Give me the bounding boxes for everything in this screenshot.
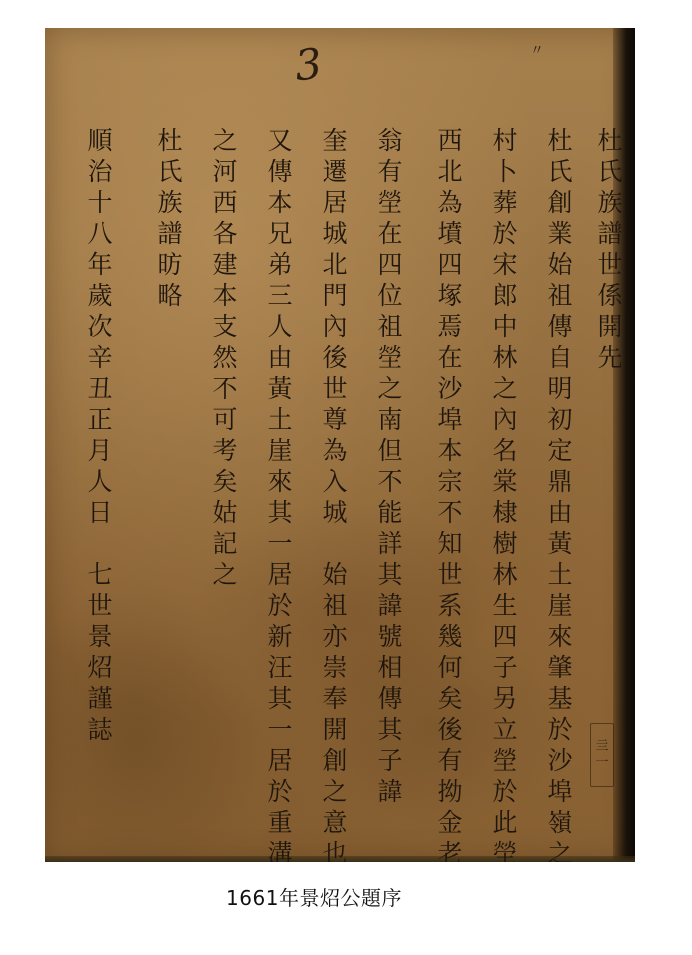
manuscript-character: 葬: [490, 187, 520, 218]
manuscript-character: 尊: [320, 404, 350, 435]
manuscript-character: 於: [490, 218, 520, 249]
manuscript-character: 後: [320, 342, 350, 373]
manuscript-character: 沙: [435, 373, 465, 404]
manuscript-character: 杜: [545, 125, 575, 156]
manuscript-character: 年: [85, 249, 115, 280]
manuscript-character: 氏: [545, 156, 575, 187]
manuscript-character: 郎: [490, 280, 520, 311]
text-column-subtitle: 杜氏族譜昉略: [155, 125, 185, 311]
manuscript-character: [320, 528, 350, 559]
manuscript-character: 來: [265, 466, 295, 497]
manuscript-character: 明: [545, 373, 575, 404]
manuscript-character: 奉: [320, 683, 350, 714]
manuscript-character: 其: [265, 497, 295, 528]
handwritten-page-number: 3: [293, 39, 325, 91]
manuscript-character: 嶺: [545, 807, 575, 838]
manuscript-character: 族: [155, 187, 185, 218]
margin-note-char: 亖: [595, 739, 608, 755]
manuscript-character: 此: [490, 807, 520, 838]
manuscript-character: 矣: [435, 683, 465, 714]
manuscript-character: 定: [545, 435, 575, 466]
manuscript-character: 北: [320, 249, 350, 280]
manuscript-character: 譜: [595, 218, 625, 249]
text-column-line7: 之河西各建本支然不可考矣姑記之: [210, 125, 240, 590]
manuscript-character: 杜: [155, 125, 185, 156]
manuscript-character: 基: [545, 683, 575, 714]
manuscript-character: 之: [545, 838, 575, 862]
manuscript-character: 建: [210, 249, 240, 280]
text-column-line2: 村卜葬於宋郎中林之內名棠棣樹林生四子另立塋於此塋之: [490, 125, 520, 862]
manuscript-character: 本: [265, 187, 295, 218]
manuscript-character: 有: [375, 156, 405, 187]
manuscript-character: 子: [490, 652, 520, 683]
manuscript-character: 居: [320, 187, 350, 218]
manuscript-character: 誌: [85, 714, 115, 745]
margin-note-char: 一: [595, 755, 608, 771]
manuscript-character: 氏: [155, 156, 185, 187]
manuscript-character: 北: [435, 156, 465, 187]
manuscript-character: 汪: [265, 652, 295, 683]
manuscript-character: 老: [435, 838, 465, 862]
manuscript-character: 弟: [265, 249, 295, 280]
manuscript-character: 傳: [265, 156, 295, 187]
manuscript-character: 塋: [490, 745, 520, 776]
manuscript-character: 開: [595, 311, 625, 342]
manuscript-character: 位: [375, 280, 405, 311]
manuscript-character: 埠: [435, 404, 465, 435]
manuscript-character: 西: [435, 125, 465, 156]
manuscript-character: 祖: [320, 590, 350, 621]
manuscript-character: 略: [155, 280, 185, 311]
manuscript-character: 城: [320, 497, 350, 528]
manuscript-character: 中: [490, 311, 520, 342]
manuscript-character: 兄: [265, 218, 295, 249]
manuscript-character: 諱: [375, 590, 405, 621]
manuscript-character: 肇: [545, 652, 575, 683]
manuscript-character: 墳: [435, 218, 465, 249]
manuscript-character: 諱: [375, 776, 405, 807]
manuscript-character: 新: [265, 621, 295, 652]
manuscript-character: 其: [265, 683, 295, 714]
manuscript-character: 世: [595, 249, 625, 280]
manuscript-character: 亦: [320, 621, 350, 652]
manuscript-character: 之: [375, 373, 405, 404]
manuscript-character: 業: [545, 218, 575, 249]
manuscript-character: 黃: [265, 373, 295, 404]
manuscript-character: 辛: [85, 342, 115, 373]
manuscript-character: 本: [435, 435, 465, 466]
manuscript-character: 何: [435, 652, 465, 683]
manuscript-character: 棣: [490, 497, 520, 528]
ink-tick-mark: 〃: [530, 40, 544, 60]
manuscript-character: 塋: [375, 342, 405, 373]
manuscript-character: 自: [545, 342, 575, 373]
manuscript-character: 河: [210, 156, 240, 187]
text-column-line1: 杜氏創業始祖傳自明初定鼎由黃土崖來肇基於沙埠嶺之: [545, 125, 575, 862]
manuscript-character: 重: [265, 807, 295, 838]
manuscript-character: 治: [85, 156, 115, 187]
manuscript-character: 居: [265, 745, 295, 776]
manuscript-character: 四: [490, 621, 520, 652]
manuscript-character: 之: [320, 776, 350, 807]
manuscript-character: 初: [545, 404, 575, 435]
manuscript-character: 丑: [85, 373, 115, 404]
manuscript-character: 崖: [265, 435, 295, 466]
manuscript-character: 相: [375, 652, 405, 683]
manuscript-character: 世: [320, 373, 350, 404]
manuscript-character: 三: [265, 280, 295, 311]
manuscript-character: 金: [435, 807, 465, 838]
manuscript-character: 八: [85, 218, 115, 249]
manuscript-character: 宗: [435, 466, 465, 497]
manuscript-character: 來: [545, 621, 575, 652]
manuscript-character: 之: [210, 125, 240, 156]
manuscript-character: 歲: [85, 280, 115, 311]
manuscript-character: 沙: [545, 745, 575, 776]
manuscript-character: 氏: [595, 156, 625, 187]
manuscript-character: 崖: [545, 590, 575, 621]
manuscript-character: 四: [435, 249, 465, 280]
manuscript-character: 土: [545, 559, 575, 590]
manuscript-character: 不: [375, 466, 405, 497]
manuscript-character: 溝: [265, 838, 295, 862]
manuscript-character: 塋: [490, 838, 520, 862]
manuscript-character: 十: [85, 187, 115, 218]
manuscript-character: 立: [490, 714, 520, 745]
manuscript-character: 各: [210, 218, 240, 249]
manuscript-character: 為: [435, 187, 465, 218]
manuscript-character: 四: [375, 249, 405, 280]
manuscript-character: 於: [545, 714, 575, 745]
text-column-line6: 又傳本兄弟三人由黃土崖來其一居於新汪其一居於重溝: [265, 125, 295, 862]
manuscript-character: 黃: [545, 528, 575, 559]
manuscript-character: 日: [85, 497, 115, 528]
manuscript-character: 譜: [155, 218, 185, 249]
manuscript-character: 意: [320, 807, 350, 838]
manuscript-character: 樹: [490, 528, 520, 559]
manuscript-character: 於: [265, 590, 295, 621]
manuscript-character: 門: [320, 280, 350, 311]
text-column-date_sign: 順治十八年歲次辛丑正月人日七世景炤謹誌: [85, 125, 115, 745]
manuscript-character: 由: [265, 342, 295, 373]
manuscript-character: 子: [375, 745, 405, 776]
manuscript-character: 西: [210, 187, 240, 218]
manuscript-character: 祖: [375, 311, 405, 342]
manuscript-character: 不: [435, 497, 465, 528]
manuscript-character: 名: [490, 435, 520, 466]
manuscript-character: 姑: [210, 497, 240, 528]
manuscript-character: 塋: [375, 187, 405, 218]
manuscript-character: 內: [490, 404, 520, 435]
manuscript-character: 遷: [320, 156, 350, 187]
manuscript-character: 另: [490, 683, 520, 714]
manuscript-character: 始: [545, 249, 575, 280]
manuscript-character: 然: [210, 342, 240, 373]
manuscript-character: 其: [375, 714, 405, 745]
manuscript-character: 祖: [545, 280, 575, 311]
manuscript-character: 由: [545, 497, 575, 528]
manuscript-character: 其: [375, 559, 405, 590]
manuscript-character: 在: [435, 342, 465, 373]
manuscript-character: 之: [210, 559, 240, 590]
manuscript-character: 拗: [435, 776, 465, 807]
manuscript-character: 支: [210, 311, 240, 342]
manuscript-character: 杜: [595, 125, 625, 156]
manuscript-character: 順: [85, 125, 115, 156]
manuscript-character: 矣: [210, 466, 240, 497]
manuscript-character: 知: [435, 528, 465, 559]
manuscript-character: 一: [265, 528, 295, 559]
manuscript-character: 居: [265, 559, 295, 590]
text-column-line5: 奎遷居城北門內後世尊為入城始祖亦崇奉開創之意也: [320, 125, 350, 862]
manuscript-character: 宋: [490, 249, 520, 280]
manuscript-character: 人: [85, 466, 115, 497]
manuscript-character: 創: [320, 745, 350, 776]
manuscript-character: 記: [210, 528, 240, 559]
manuscript-character: 但: [375, 435, 405, 466]
manuscript-character: 族: [595, 187, 625, 218]
manuscript-character: 景: [85, 621, 115, 652]
manuscript-character: 林: [490, 342, 520, 373]
manuscript-character: 鼎: [545, 466, 575, 497]
manuscript-character: 七: [85, 559, 115, 590]
manuscript-character: 謹: [85, 683, 115, 714]
manuscript-character: 為: [320, 435, 350, 466]
manuscript-character: 城: [320, 218, 350, 249]
manuscript-character: 南: [375, 404, 405, 435]
manuscript-character: 之: [490, 373, 520, 404]
manuscript-character: 於: [265, 776, 295, 807]
manuscript-character: 本: [210, 280, 240, 311]
manuscript-character: 村: [490, 125, 520, 156]
manuscript-character: 不: [210, 373, 240, 404]
manuscript-character: 於: [490, 776, 520, 807]
manuscript-character: 塚: [435, 280, 465, 311]
manuscript-character: 系: [435, 590, 465, 621]
manuscript-character: 又: [265, 125, 295, 156]
manuscript-character: 開: [320, 714, 350, 745]
manuscript-character: 可: [210, 404, 240, 435]
manuscript-character: 埠: [545, 776, 575, 807]
manuscript-character: 崇: [320, 652, 350, 683]
manuscript-character: 始: [320, 559, 350, 590]
image-caption: 1661年景炤公題序: [0, 882, 628, 911]
manuscript-character: 幾: [435, 621, 465, 652]
water-stain: [45, 588, 265, 862]
manuscript-character: 號: [375, 621, 405, 652]
manuscript-character: 世: [435, 559, 465, 590]
manuscript-character: 先: [595, 342, 625, 373]
manuscript-character: 傳: [545, 311, 575, 342]
manuscript-character: 傳: [375, 683, 405, 714]
manuscript-character: 能: [375, 497, 405, 528]
manuscript-character: 創: [545, 187, 575, 218]
text-column-line3: 西北為墳四塚焉在沙埠本宗不知世系幾何矣後有拗金老: [435, 125, 465, 862]
manuscript-character: 棠: [490, 466, 520, 497]
manuscript-character: 奎: [320, 125, 350, 156]
manuscript-character: 詳: [375, 528, 405, 559]
text-column-line4: 翁有塋在四位祖塋之南但不能詳其諱號相傳其子諱: [375, 125, 405, 807]
manuscript-character: 正: [85, 404, 115, 435]
manuscript-character: 後: [435, 714, 465, 745]
margin-page-tab: 亖 一: [590, 723, 614, 787]
manuscript-character: 入: [320, 466, 350, 497]
manuscript-character: 一: [265, 714, 295, 745]
manuscript-character: 內: [320, 311, 350, 342]
manuscript-character: 月: [85, 435, 115, 466]
text-column-title: 杜氏族譜世係開先: [595, 125, 625, 373]
manuscript-character: 次: [85, 311, 115, 342]
manuscript-character: 焉: [435, 311, 465, 342]
manuscript-character: 考: [210, 435, 240, 466]
manuscript-character: 土: [265, 404, 295, 435]
manuscript-character: [85, 528, 115, 559]
manuscript-character: 有: [435, 745, 465, 776]
manuscript-character: 也: [320, 838, 350, 862]
manuscript-character: 炤: [85, 652, 115, 683]
manuscript-character: 卜: [490, 156, 520, 187]
manuscript-character: 翁: [375, 125, 405, 156]
manuscript-character: 係: [595, 280, 625, 311]
manuscript-character: 昉: [155, 249, 185, 280]
manuscript-character: 生: [490, 590, 520, 621]
manuscript-character: 在: [375, 218, 405, 249]
genealogy-manuscript-photo: 3 〃 亖 一 杜氏族譜世係開先杜氏創業始祖傳自明初定鼎由黃土崖來肇基於沙埠嶺之…: [45, 28, 635, 862]
manuscript-character: 人: [265, 311, 295, 342]
manuscript-character: 世: [85, 590, 115, 621]
manuscript-character: 林: [490, 559, 520, 590]
